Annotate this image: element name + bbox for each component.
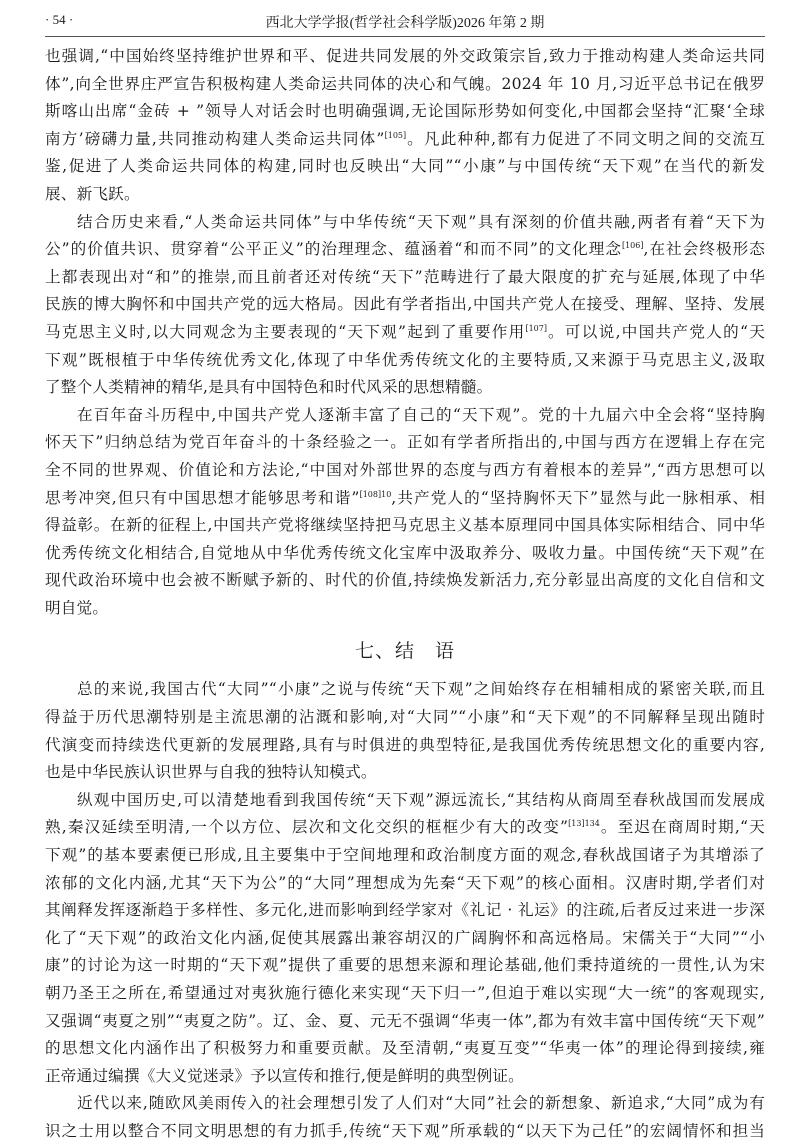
text-line: 其阐释发挥逐渐趋于多样性、多元化,进而影响到经学家对《礼记 · 礼运》的注疏,后…: [45, 897, 765, 925]
paragraph: 纵观中国历史,可以清楚地看到我国传统“天下观”源远流长,“其结构从商周至春秋战国…: [45, 787, 765, 1091]
text-line: 又强调“夷夏之别”“夷夏之防”。辽、金、夏、元无不强调“华夷一体”,都为有效丰富…: [45, 1008, 765, 1036]
paragraph: 结合历史来看,“人类命运共同体”与中华传统“天下观”具有深刻的价值共融,两者有着…: [45, 209, 765, 402]
header-rule: [45, 36, 765, 37]
article-body: 也强调,“中国始终坚持维护世界和平、促进共同发展的外交政策宗旨,致力于推动构建人…: [45, 43, 765, 1145]
text-line: 南方’磅礴力量,共同推动构建人类命运共同体”[105]。凡此种种,都有力促进了不…: [45, 126, 765, 154]
journal-title: 西北大学学报(哲学社会科学版)2026 年第 2 期: [45, 12, 765, 32]
paragraph: 总的来说,我国古代“大同”“小康”之说与传统“天下观”之间始终存在相辅相成的紧密…: [45, 676, 765, 786]
text-line: 上都表现出对“和”的推崇,而且前者还对传统“天下”范畴进行了最大限度的扩充与延展…: [45, 264, 765, 292]
text-line: 得益于历代思潮特别是主流思潮的沾溉和影响,对“大同”“小康”和“天下观”的不同解…: [45, 704, 765, 732]
text-line: 现代政治环境中也会被不断赋予新的、时代的价值,持续焕发新活力,充分彰显出高度的文…: [45, 567, 765, 595]
text-line: 识之士用以整合不同文明思想的有力抓手,传统“天下观”所承载的“以天下为己任”的宏…: [45, 1118, 765, 1145]
text-line: 明自觉。: [45, 595, 765, 623]
text-line: 全不同的世界观、价值论和方法论,“中国对外部世界的态度与西方有着根本的差异”,“…: [45, 457, 765, 485]
text-line: 公”的价值共识、贯穿着“公平正义”的治理理念、蕴涵着“和而不同”的文化理念[10…: [45, 236, 765, 264]
text-line: 怀天下”归纳总结为党百年奋斗的十条经验之一。正如有学者所指出的,中国与西方在逻辑…: [45, 429, 765, 457]
text-line: 思考冲突,但只有中国思想才能够思考和谐”[108]10,共产党人的“坚持胸怀天下…: [45, 485, 765, 513]
text-line: 的思想文化内涵作出了积极努力和重要贡献。及至清朝,“夷夏互变”“华夷一体”的理论…: [45, 1035, 765, 1063]
citation-ref: [13]134: [568, 819, 600, 828]
text-line: 下观”的基本要素便已形成,且主要集中于空间地理和政治制度方面的观念,春秋战国诸子…: [45, 842, 765, 870]
text-line: 熟,秦汉延续至明清,一个以方位、层次和文化交织的框框少有大的改变”[13]134…: [45, 814, 765, 842]
text-line: 也强调,“中国始终坚持维护世界和平、促进共同发展的外交政策宗旨,致力于推动构建人…: [45, 43, 765, 71]
citation-ref: [107]: [525, 324, 547, 333]
citation-ref: [108]10: [360, 490, 392, 499]
text-line: 化了“天下观”的政治文化内涵,促使其展露出兼容胡汉的广阔胸怀和高远格局。宋儒关于…: [45, 925, 765, 953]
text-line: 总的来说,我国古代“大同”“小康”之说与传统“天下观”之间始终存在相辅相成的紧密…: [45, 676, 765, 704]
text-line: 优秀传统文化相结合,自觉地从中华优秀传统文化宝库中汲取养分、吸收力量。中国传统“…: [45, 540, 765, 568]
text-line: 近代以来,随欧风美雨传入的社会理想引发了人们对“大同”社会的新想象、新追求,“大…: [45, 1090, 765, 1118]
text-line: 在百年奋斗历程中,中国共产党人逐渐丰富了自己的“天下观”。党的十九届六中全会将“…: [45, 402, 765, 430]
text-line: 浓郁的文化内涵,尤其“天下为公”的“大同”理想成为先秦“天下观”的核心面相。汉唐…: [45, 870, 765, 898]
paragraph: 在百年奋斗历程中,中国共产党人逐渐丰富了自己的“天下观”。党的十九届六中全会将“…: [45, 402, 765, 623]
text-line: 民族的博大胸怀和中国共产党的远大格局。因此有学者指出,中国共产党人在接受、理解、…: [45, 291, 765, 319]
text-line: 纵观中国历史,可以清楚地看到我国传统“天下观”源远流长,“其结构从商周至春秋战国…: [45, 787, 765, 815]
text-line: 结合历史来看,“人类命运共同体”与中华传统“天下观”具有深刻的价值共融,两者有着…: [45, 209, 765, 237]
text-line: 斯喀山出席“金砖 + ”领导人对话会时也明确强调,无论国际形势如何变化,中国都会…: [45, 98, 765, 126]
text-line: 体”,向全世界庄严宣告积极构建人类命运共同体的决心和气魄。2024 年 10 月…: [45, 71, 765, 99]
text-line: 也是中华民族认识世界与自我的独特认知模式。: [45, 759, 765, 787]
text-line: 代演变而持续迭代更新的发展理路,具有与时俱进的典型特征,是我国优秀传统思想文化的…: [45, 732, 765, 760]
text-line: 朝乃圣王之所在,希望通过对夷狄施行德化来实现“天下归一”,但迫于难以实现“大一统…: [45, 980, 765, 1008]
text-line: 下观”既根植于中华传统优秀文化,体现了中华优秀传统文化的主要特质,又来源于马克思…: [45, 347, 765, 375]
text-line: 了整个人类精神的精华,是具有中国特色和时代风采的思想精髓。: [45, 374, 765, 402]
section-heading: 七、结 语: [45, 628, 765, 676]
citation-ref: [105]: [385, 131, 407, 140]
text-line: 展、新飞跃。: [45, 181, 765, 209]
text-line: 康”的讨论为这一时期的“天下观”提供了重要的思想来源和理论基础,他们秉持道统的一…: [45, 952, 765, 980]
running-header: · 54 · 西北大学学报(哲学社会科学版)2026 年第 2 期: [45, 10, 765, 36]
text-line: 鉴,促进了人类命运共同体的构建,同时也反映出“大同”“小康”与中国传统“天下观”…: [45, 153, 765, 181]
text-line: 马克思主义时,以大同观念为主要表现的“天下观”起到了重要作用[107]。可以说,…: [45, 319, 765, 347]
paragraph: 也强调,“中国始终坚持维护世界和平、促进共同发展的外交政策宗旨,致力于推动构建人…: [45, 43, 765, 209]
text-line: 正帝通过编撰《大义觉迷录》予以宣传和推行,便是鲜明的典型例证。: [45, 1063, 765, 1091]
paragraph: 近代以来,随欧风美雨传入的社会理想引发了人们对“大同”社会的新想象、新追求,“大…: [45, 1090, 765, 1145]
citation-ref: [106]: [622, 241, 644, 250]
text-line: 得益彰。在新的征程上,中国共产党将继续坚持把马克思主义基本原理同中国具体实际相结…: [45, 512, 765, 540]
